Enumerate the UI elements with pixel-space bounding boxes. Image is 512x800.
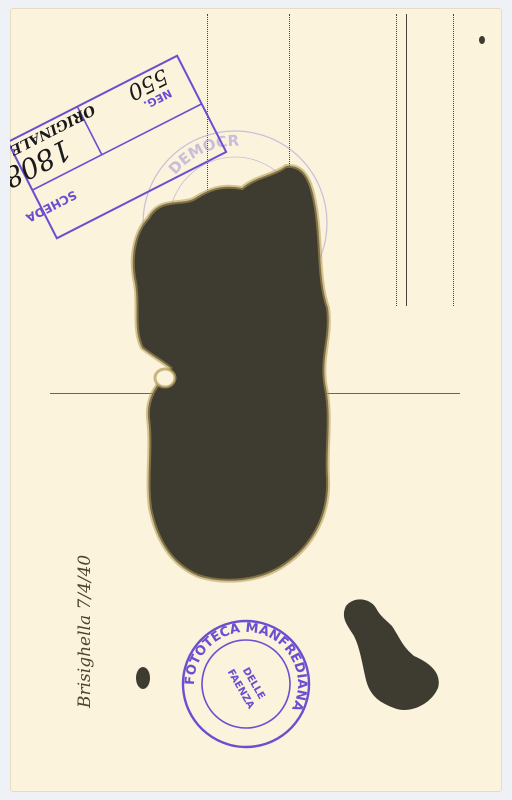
- fototeca-stamp: FOTOTECA MANFREDIANA DELLE FAENZA: [160, 598, 332, 770]
- stamps-and-stains: DEMOCR F SCHEDA 1808 NEG. 550 ORIGINALE: [10, 8, 502, 792]
- scheda-label: SCHEDA: [23, 188, 79, 226]
- glue-stain-tiny: [136, 667, 150, 689]
- photo-card-back: DEMOCR F SCHEDA 1808 NEG. 550 ORIGINALE: [10, 8, 502, 792]
- glue-stain-small: [344, 599, 439, 710]
- speck: [479, 36, 485, 44]
- pencil-inscription: Brisighella 7/4/40: [75, 555, 95, 709]
- faded-stamp-text: DEMOCR: [165, 132, 240, 178]
